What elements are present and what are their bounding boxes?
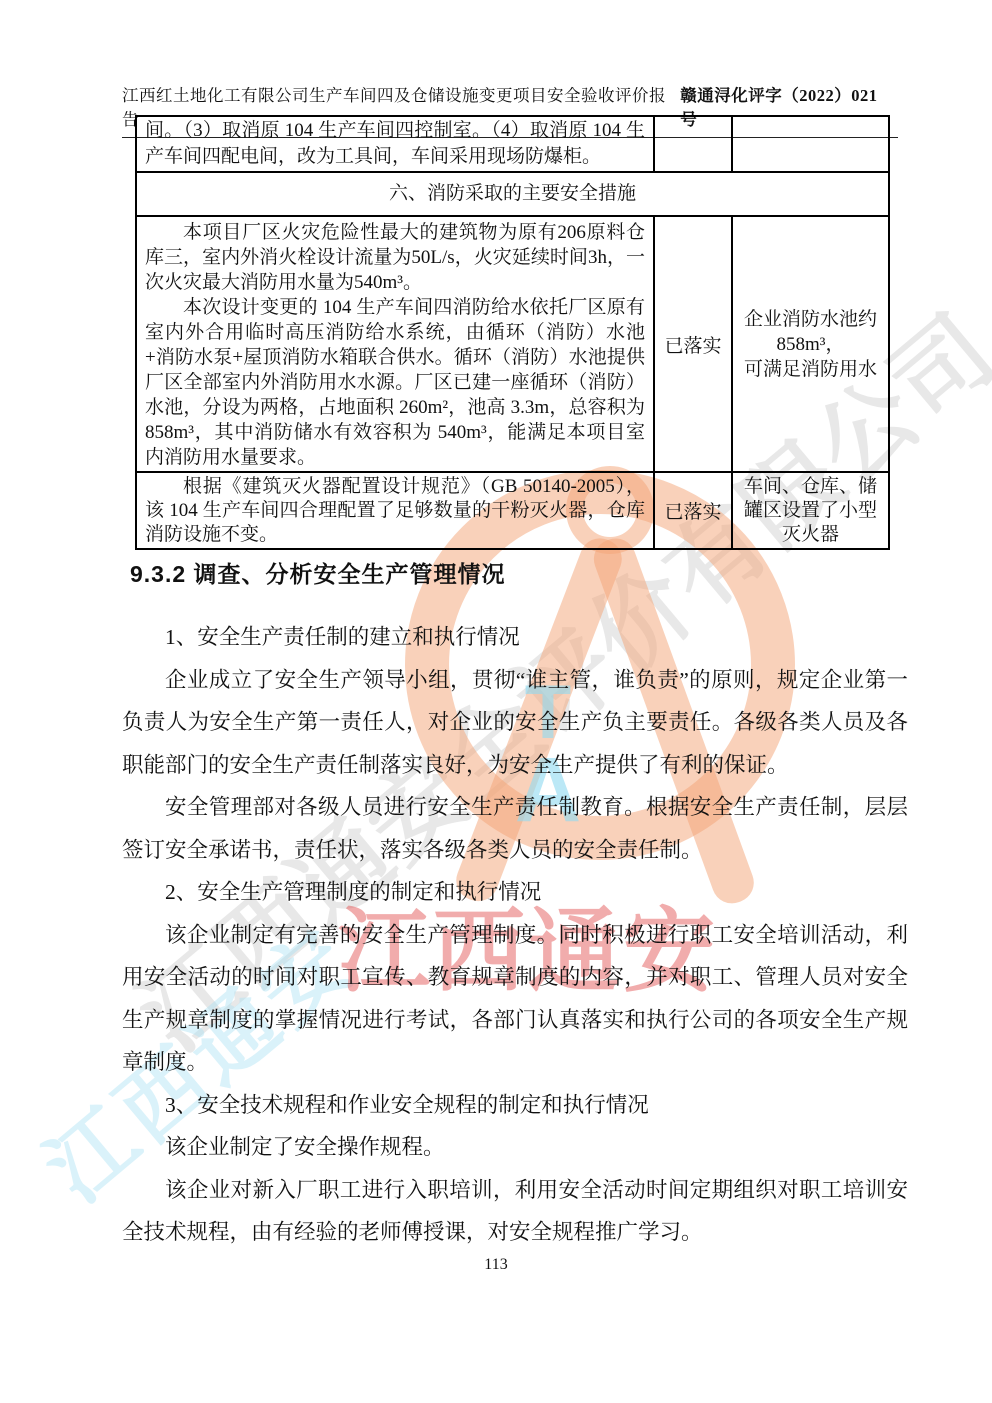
body-paragraph: 安全管理部对各级人员进行安全生产责任制教育。根据安全生产责任制，层层签订安全承诺… (122, 786, 908, 871)
table-section-title: 六、消防采取的主要安全措施 (136, 172, 889, 216)
note-cell (732, 116, 889, 172)
body-paragraph: 该企业制定了安全操作规程。 (122, 1126, 908, 1169)
measure-text: 间。（3）取消原 104 生产车间四控制室。（4）取消原 104 生产车间四配电… (145, 118, 645, 170)
body-paragraph: 企业成立了安全生产领导小组，贯彻“谁主管，谁负责”的原则，规定企业第一负责人为安… (122, 659, 908, 787)
safety-measures-table: 间。（3）取消原 104 生产车间四控制室。（4）取消原 104 生产车间四配电… (135, 115, 890, 550)
note-cell: 车间、仓库、储罐区设置了小型灭火器 (732, 472, 889, 549)
table-section-row: 六、消防采取的主要安全措施 (136, 172, 889, 216)
measure-cell: 间。（3）取消原 104 生产车间四控制室。（4）取消原 104 生产车间四配电… (136, 116, 654, 172)
status-cell (654, 116, 732, 172)
section-heading: 9.3.2 调查、分析安全生产管理情况 (130, 556, 506, 589)
document-page: 江西通安全评价有限公司 江西通安 T A 江西通安 江西红土地化工有限公司生产车… (0, 0, 992, 1403)
body-paragraph: 该企业制定有完善的安全生产管理制度。同时积极进行职工安全培训活动，利用安全活动的… (122, 914, 908, 1084)
table-row: 根据《建筑灭火器配置设计规范》（GB 50140-2005），该 104 生产车… (136, 472, 889, 549)
measure-paragraph: 本项目厂区火灾危险性最大的建筑物为原有206原料仓库三，室内外消火栓设计流量为5… (145, 220, 645, 295)
body-paragraph: 1、安全生产责任制的建立和执行情况 (122, 616, 908, 659)
body-paragraph: 该企业对新入厂职工进行入职培训，利用安全活动时间定期组织对职工培训安全技术规程，… (122, 1169, 908, 1254)
measure-cell: 本项目厂区火灾危险性最大的建筑物为原有206原料仓库三，室内外消火栓设计流量为5… (136, 216, 654, 472)
status-cell: 已落实 (654, 472, 732, 549)
body-text: 1、安全生产责任制的建立和执行情况 企业成立了安全生产领导小组，贯彻“谁主管，谁… (122, 616, 908, 1254)
page-content: 江西红土地化工有限公司生产车间四及仓储设施变更项目安全验收评价报告 赣通浔化评字… (0, 0, 992, 1403)
body-paragraph: 3、安全技术规程和作业安全规程的制定和执行情况 (122, 1084, 908, 1127)
page-number: 113 (0, 1256, 992, 1274)
status-cell: 已落实 (654, 216, 732, 472)
measure-cell: 根据《建筑灭火器配置设计规范》（GB 50140-2005），该 104 生产车… (136, 472, 654, 549)
table-row: 本项目厂区火灾危险性最大的建筑物为原有206原料仓库三，室内外消火栓设计流量为5… (136, 216, 889, 472)
body-paragraph: 2、安全生产管理制度的制定和执行情况 (122, 871, 908, 914)
note-line: 企业消防水池约 (741, 307, 880, 332)
measure-paragraph: 根据《建筑灭火器配置设计规范》（GB 50140-2005），该 104 生产车… (145, 475, 645, 547)
measure-paragraph: 本次设计变更的 104 生产车间四消防给水依托厂区原有室内外合用临时高压消防给水… (145, 295, 645, 470)
note-cell: 企业消防水池约 858m³， 可满足消防用水 (732, 216, 889, 472)
table-row: 间。（3）取消原 104 生产车间四控制室。（4）取消原 104 生产车间四配电… (136, 116, 889, 172)
note-line: 858m³， (741, 332, 880, 357)
note-line: 可满足消防用水 (741, 357, 880, 382)
